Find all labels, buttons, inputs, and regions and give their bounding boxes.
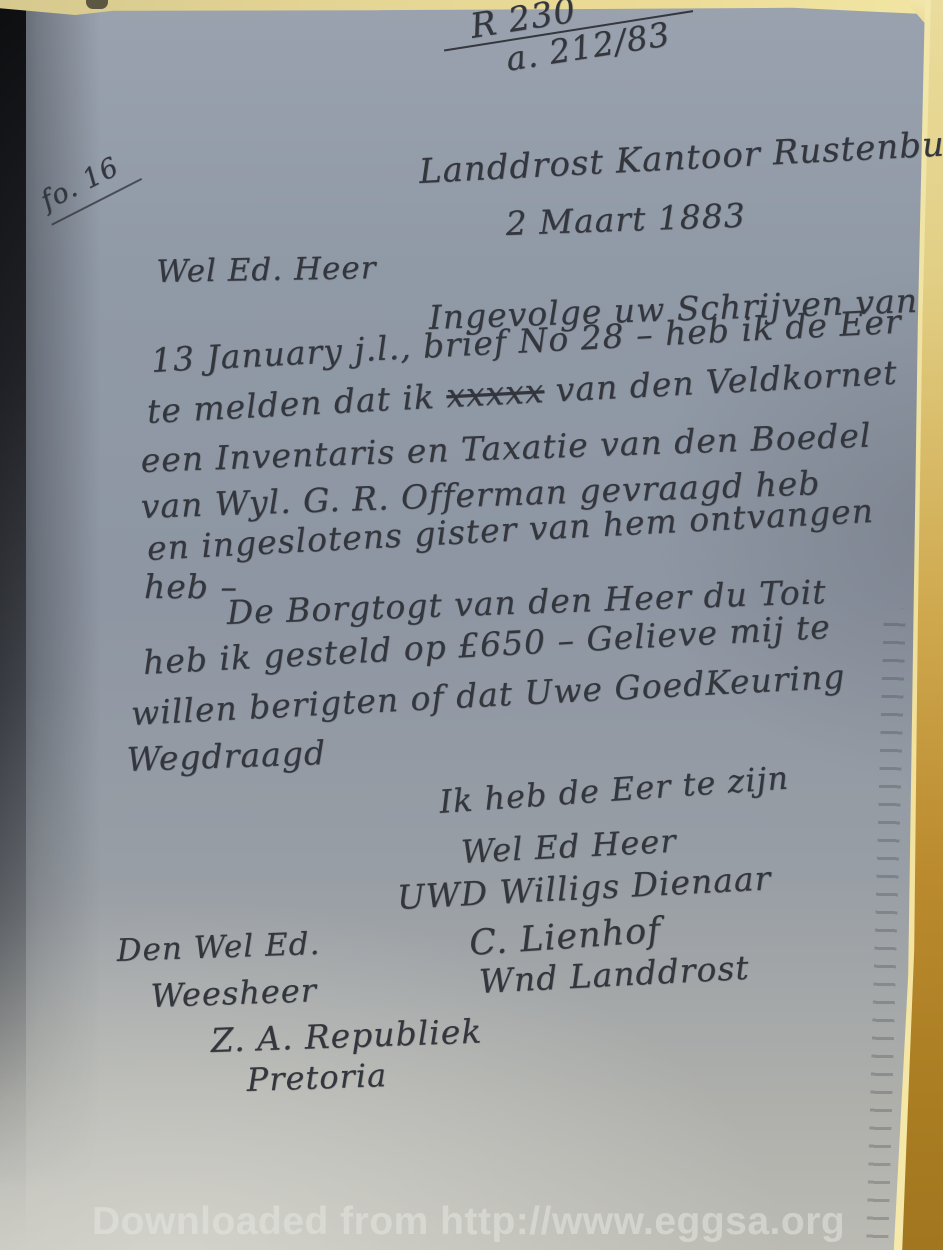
- address-line-2: Weesheer: [150, 971, 318, 1015]
- site-watermark: Downloaded from http://www.eggsa.org: [92, 1200, 845, 1244]
- address-line-1: Den Wel Ed.: [116, 926, 321, 969]
- book-binding-gutter: [0, 0, 26, 1250]
- body-line-7: heb –: [144, 567, 238, 606]
- scanned-letter-page: R 230 a. 212/83 fo. 16 Landdrost Kantoor…: [0, 0, 943, 1250]
- struck-word: xxxxx: [445, 371, 545, 415]
- top-edge-dark-mark: [86, 0, 108, 9]
- letterhead-date: 2 Maart 1883: [505, 196, 746, 243]
- salutation: Wel Ed. Heer: [156, 250, 377, 290]
- address-line-4: Pretoria: [246, 1056, 388, 1099]
- body-line-11: Wegdraagd: [126, 733, 327, 779]
